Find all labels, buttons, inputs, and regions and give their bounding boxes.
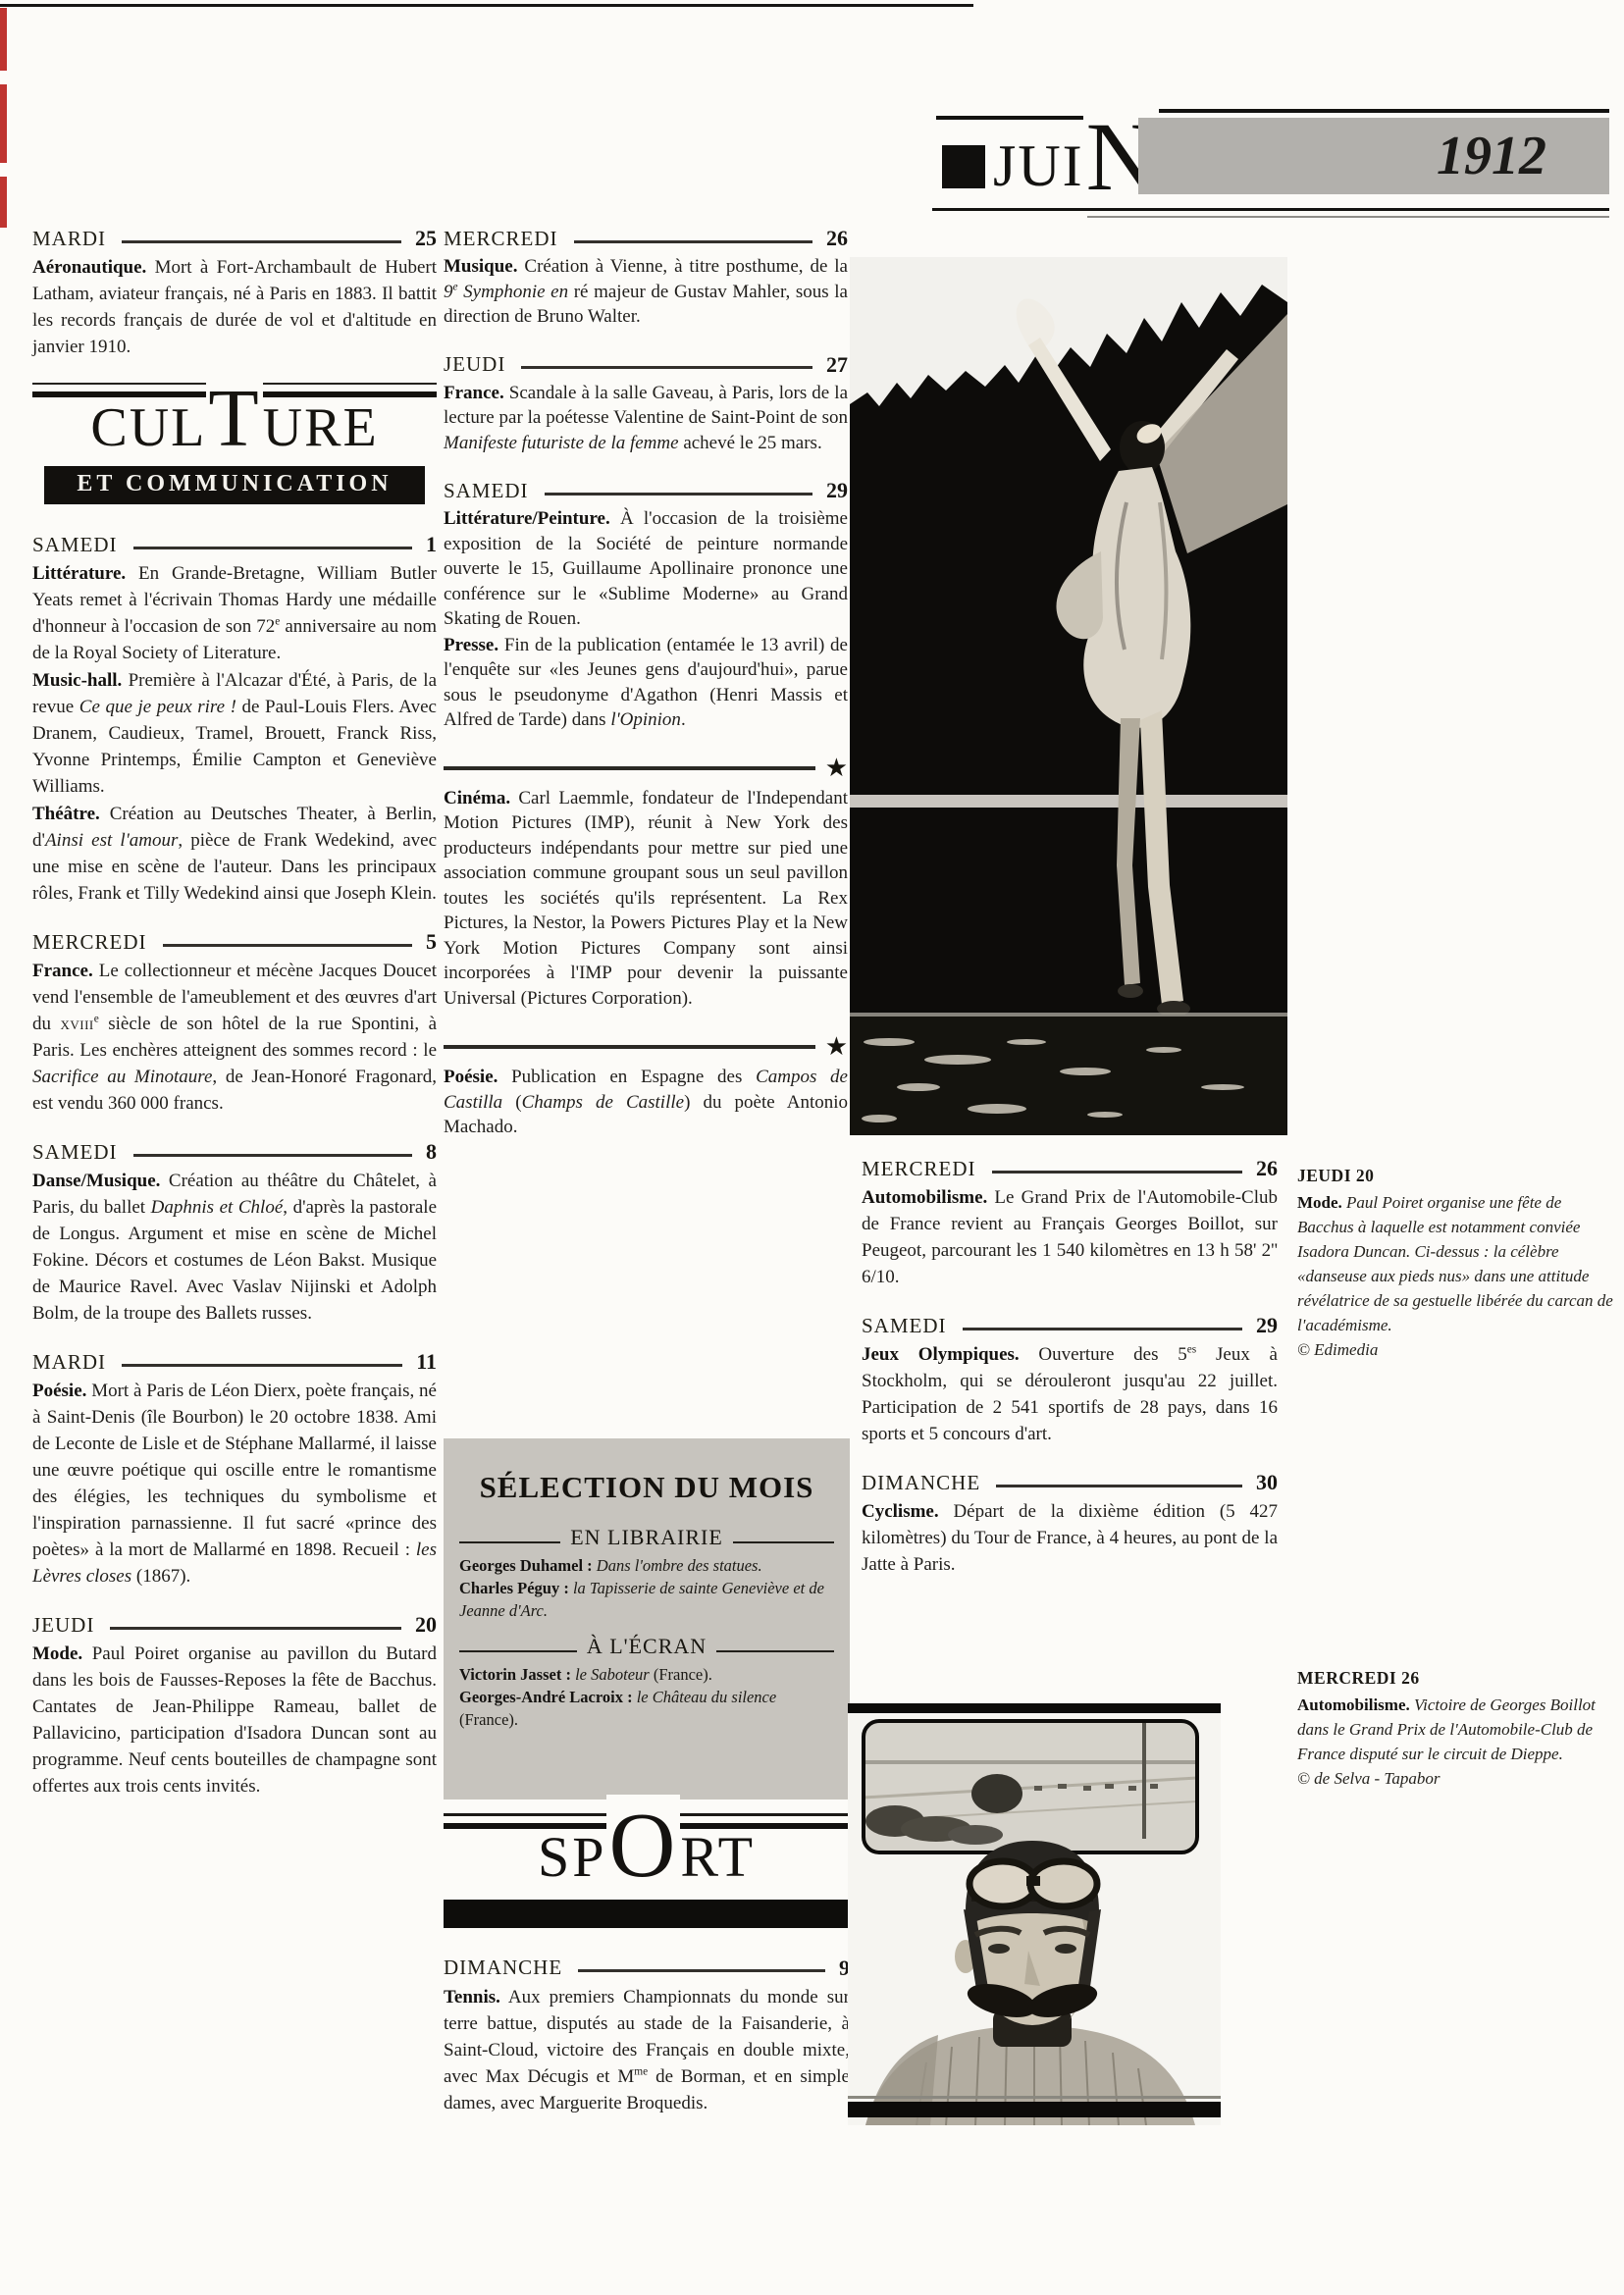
star-rule: ★ — [444, 1034, 848, 1060]
bold-lead: Charles Péguy : — [459, 1579, 569, 1597]
italic-text: 9 — [444, 282, 453, 302]
sport-title-big-letter: O — [606, 1795, 680, 1897]
bold-lead: Music-hall. — [32, 670, 122, 691]
bold-lead: Georges Duhamel : — [459, 1556, 593, 1575]
day-rule — [521, 366, 812, 369]
bold-lead: Georges-André Lacroix : — [459, 1688, 633, 1706]
sport-black-bar — [444, 1900, 850, 1928]
paragraph: France. Le collectionneur et mécène Jacq… — [32, 958, 437, 1117]
day-heading: MERCREDI26 — [444, 226, 848, 251]
day-name: MARDI — [32, 227, 106, 251]
paragraph: Musique. Création à Vienne, à titre post… — [444, 254, 848, 330]
superscript: me — [634, 2066, 648, 2078]
photo-caption-duncan: JEUDI 20Mode. Paul Poiret organise une f… — [1297, 1164, 1613, 1362]
day-rule — [996, 1485, 1242, 1487]
bold-lead: Automobilisme. — [862, 1187, 987, 1208]
bold-lead: Presse. — [444, 635, 498, 655]
day-number: 29 — [1256, 1313, 1278, 1338]
day-heading: SAMEDI29 — [444, 478, 848, 503]
culture-subtitle-bar: ET COMMUNICATION — [44, 466, 424, 504]
header-rule — [1136, 109, 1609, 113]
red-edge-mark — [0, 177, 7, 228]
sport-section: SPORT DIMANCHE9Tennis. Aux premiers Cham… — [444, 1813, 850, 2139]
georges-boillot-photo — [848, 1703, 1221, 2125]
day-name: JEUDI — [444, 352, 505, 377]
day-rule — [545, 493, 812, 496]
selection-heading-label: À L'ÉCRAN — [587, 1634, 707, 1659]
day-entry: MERCREDI5France. Le collectionneur et mé… — [32, 929, 437, 1117]
paragraph: Music-hall. Première à l'Alcazar d'Été, … — [32, 667, 437, 800]
day-rule — [133, 1154, 412, 1157]
day-number: 20 — [415, 1612, 437, 1638]
red-edge-mark — [0, 84, 7, 163]
italic-text: le Saboteur — [571, 1665, 650, 1684]
day-rule — [122, 240, 401, 243]
bold-lead: Mode. — [1297, 1193, 1342, 1212]
bold-lead: Jeux Olympiques. — [862, 1344, 1020, 1365]
italic-text: l'Opinion — [610, 709, 681, 730]
day-rule — [110, 1627, 401, 1630]
bold-lead: Poésie. — [32, 1381, 86, 1401]
selection-du-mois-box: SÉLECTION DU MOIS EN LIBRAIRIEGeorges Du… — [444, 1438, 850, 1799]
day-number: 1 — [426, 532, 437, 557]
day-name: DIMANCHE — [862, 1471, 980, 1495]
caption-day-label: MERCREDI 26 — [1297, 1666, 1613, 1691]
italic-text: Manifeste futuriste de la femme — [444, 433, 679, 453]
day-entry: JEUDI20Mode. Paul Poiret organise au pav… — [32, 1612, 437, 1799]
photo-credit: © Edimedia — [1297, 1337, 1613, 1362]
culture-header: CULTUREET COMMUNICATION — [32, 383, 437, 504]
paragraph: Poésie. Mort à Paris de Léon Dierx, poèt… — [32, 1378, 437, 1590]
bold-lead: Théâtre. — [32, 804, 100, 824]
day-entry: SAMEDI29Littérature/Peinture. À l'occasi… — [444, 478, 848, 733]
star-icon: ★ — [825, 756, 848, 781]
bold-lead: Cinéma. — [444, 788, 510, 808]
day-number: 5 — [426, 929, 437, 955]
day-entry: MERCREDI26Musique. Création à Vienne, à … — [444, 226, 848, 330]
bold-lead: Musique. — [444, 256, 518, 277]
day-name: SAMEDI — [444, 479, 529, 503]
starred-entry: ★Poésie. Publication en Espagne des Camp… — [444, 1034, 848, 1140]
day-rule — [122, 1364, 402, 1367]
day-name: SAMEDI — [32, 533, 118, 557]
day-rule — [963, 1328, 1242, 1330]
small-caps-text: xviii — [60, 1014, 93, 1034]
day-entry: SAMEDI8Danse/Musique. Création au théâtr… — [32, 1139, 437, 1327]
photo-credit: © de Selva - Tapabor — [1297, 1766, 1613, 1791]
day-name: MARDI — [32, 1350, 106, 1375]
day-entry: MARDI11Poésie. Mort à Paris de Léon Dier… — [32, 1349, 437, 1590]
selection-section-heading: À L'ÉCRAN — [459, 1634, 834, 1659]
rule-line — [459, 1533, 560, 1543]
day-name: MERCREDI — [862, 1157, 976, 1181]
month-bullet-square-icon — [942, 145, 985, 188]
day-heading: JEUDI27 — [444, 352, 848, 378]
day-name: SAMEDI — [32, 1140, 118, 1165]
day-heading: SAMEDI1 — [32, 532, 437, 557]
italic-text: Ce que je peux rire ! — [79, 697, 236, 717]
star-rule: ★ — [444, 756, 848, 781]
bold-lead: Littérature. — [32, 563, 126, 584]
day-heading: MARDI11 — [32, 1349, 437, 1375]
italic-text: Symphonie en — [458, 282, 569, 302]
day-rule — [574, 240, 812, 243]
paragraph: Tennis. Aux premiers Championnats du mon… — [444, 1984, 850, 2116]
day-entry: DIMANCHE9Tennis. Aux premiers Championna… — [444, 1956, 850, 2116]
paragraph: Victorin Jasset : le Saboteur (France). — [459, 1663, 834, 1686]
culture-title: CULTURE — [32, 376, 437, 462]
month-title-text: JUI — [993, 133, 1084, 198]
header-rule — [932, 208, 1609, 211]
day-rule — [578, 1969, 825, 1972]
paragraph: Danse/Musique. Création au théâtre du Ch… — [32, 1168, 437, 1327]
italic-text: Paul Poiret organise une fête de Bacchus… — [1297, 1193, 1613, 1334]
month-header: JUIN 1912 — [928, 102, 1615, 232]
day-heading: SAMEDI8 — [32, 1139, 437, 1165]
paragraph: Mode. Paul Poiret organise au pavillon d… — [32, 1641, 437, 1799]
superscript: es — [1187, 1344, 1197, 1356]
day-heading: MERCREDI26 — [862, 1156, 1278, 1181]
paragraph: Mode. Paul Poiret organise une fête de B… — [1297, 1190, 1613, 1337]
italic-text: Ainsi est l'amour — [45, 830, 178, 851]
selection-sections: EN LIBRAIRIEGeorges Duhamel : Dans l'omb… — [459, 1525, 834, 1731]
rule-line — [444, 1045, 815, 1049]
day-entry: MARDI25Aéronautique. Mort à Fort-Archamb… — [32, 226, 437, 360]
day-rule — [163, 944, 412, 947]
year-badge: 1912 — [1138, 118, 1609, 194]
bold-lead: Tennis. — [444, 1987, 500, 2008]
day-number: 27 — [826, 352, 848, 378]
day-name: MERCREDI — [444, 227, 558, 251]
bold-lead: France. — [32, 961, 93, 981]
day-name: JEUDI — [32, 1613, 94, 1638]
paragraph: France. Scandale à la salle Gaveau, à Pa… — [444, 381, 848, 456]
bold-lead: Mode. — [32, 1643, 82, 1664]
column-left: MARDI25Aéronautique. Mort à Fort-Archamb… — [32, 226, 437, 1822]
day-entry: MERCREDI26Automobilisme. Le Grand Prix d… — [862, 1156, 1278, 1290]
day-entry: SAMEDI1Littérature. En Grande-Bretagne, … — [32, 532, 437, 907]
day-name: SAMEDI — [862, 1314, 947, 1338]
day-number: 26 — [826, 226, 848, 251]
superscript: e — [275, 616, 280, 628]
day-rule — [133, 547, 412, 549]
day-entry: SAMEDI29Jeux Olympiques. Ouverture des 5… — [862, 1313, 1278, 1447]
day-entry: JEUDI27France. Scandale à la salle Gavea… — [444, 352, 848, 456]
italic-text: le Château du silence — [633, 1688, 777, 1706]
bold-lead: Cyclisme. — [862, 1501, 939, 1522]
scan-edge-line — [0, 4, 973, 7]
bold-lead: Danse/Musique. — [32, 1171, 160, 1191]
day-name: DIMANCHE — [444, 1956, 562, 1980]
sport-title-text: SP — [538, 1825, 607, 1889]
paragraph: Automobilisme. Le Grand Prix de l'Automo… — [862, 1184, 1278, 1290]
day-heading: JEUDI20 — [32, 1612, 437, 1638]
paragraph: Littérature. En Grande-Bretagne, William… — [32, 560, 437, 666]
italic-text: Daphnis et Chloé — [151, 1197, 284, 1218]
magazine-page: JUIN 1912 MARDI25Aéronautique. Mort à Fo… — [0, 0, 1624, 2295]
day-number: 30 — [1256, 1470, 1278, 1495]
paragraph: Théâtre. Création au Deutsches Theater, … — [32, 801, 437, 907]
day-heading: DIMANCHE9 — [444, 1956, 850, 1981]
photo-caption-boillot: MERCREDI 26Automobilisme. Victoire de Ge… — [1297, 1666, 1613, 1791]
isadora-duncan-photo — [850, 257, 1287, 1135]
day-heading: SAMEDI29 — [862, 1313, 1278, 1338]
header-rule — [1087, 216, 1609, 218]
column-middle: MERCREDI26Musique. Création à Vienne, à … — [444, 226, 848, 1164]
day-number: 25 — [415, 226, 437, 251]
sport-title: SPORT — [444, 1799, 850, 1894]
year-text: 1912 — [1437, 126, 1546, 186]
day-number: 8 — [426, 1139, 437, 1165]
sport-entries: DIMANCHE9Tennis. Aux premiers Championna… — [444, 1956, 850, 2116]
paragraph: Littérature/Peinture. À l'occasion de la… — [444, 506, 848, 632]
day-heading: MARDI25 — [32, 226, 437, 251]
star-icon: ★ — [825, 1034, 848, 1060]
bold-lead: France. — [444, 383, 504, 403]
superscript: e — [94, 1014, 99, 1025]
rule-line — [733, 1533, 834, 1543]
day-name: MERCREDI — [32, 930, 147, 955]
day-heading: DIMANCHE30 — [862, 1470, 1278, 1495]
paragraph: Poésie. Publication en Espagne des Campo… — [444, 1065, 848, 1140]
day-number: 11 — [416, 1349, 437, 1375]
selection-section-heading: EN LIBRAIRIE — [459, 1525, 834, 1550]
day-number: 29 — [826, 478, 848, 503]
paragraph: Aéronautique. Mort à Fort-Archambault de… — [32, 254, 437, 360]
column-right: MERCREDI26Automobilisme. Le Grand Prix d… — [862, 1156, 1278, 1600]
selection-title: SÉLECTION DU MOIS — [459, 1470, 834, 1505]
bold-lead: Poésie. — [444, 1067, 498, 1087]
paragraph: Cinéma. Carl Laemmle, fondateur de l'Ind… — [444, 786, 848, 1012]
rule-line — [459, 1642, 577, 1652]
paragraph: Presse. Fin de la publication (entamée l… — [444, 633, 848, 733]
day-entry: DIMANCHE30Cyclisme. Départ de la dixième… — [862, 1470, 1278, 1578]
red-edge-mark — [0, 8, 7, 71]
paragraph: Georges Duhamel : Dans l'ombre des statu… — [459, 1554, 834, 1577]
italic-text: Champs de Castille — [522, 1092, 684, 1113]
rule-line — [444, 766, 815, 770]
paragraph: Automobilisme. Victoire de Georges Boill… — [1297, 1693, 1613, 1766]
day-rule — [992, 1171, 1242, 1174]
rule-line — [716, 1642, 834, 1652]
paragraph: Charles Péguy : la Tapisserie de sainte … — [459, 1577, 834, 1622]
sport-title-text: RT — [680, 1825, 756, 1889]
bold-lead: Aéronautique. — [32, 257, 146, 278]
day-heading: MERCREDI5 — [32, 929, 437, 955]
paragraph: Jeux Olympiques. Ouverture des 5es Jeux … — [862, 1341, 1278, 1447]
bold-lead: Victorin Jasset : — [459, 1665, 571, 1684]
caption-day-label: JEUDI 20 — [1297, 1164, 1613, 1188]
bold-lead: Littérature/Peinture. — [444, 508, 610, 529]
month-title: JUIN — [993, 102, 1159, 210]
starred-entry: ★Cinéma. Carl Laemmle, fondateur de l'In… — [444, 756, 848, 1012]
italic-text: Dans l'ombre des statues. — [593, 1556, 762, 1575]
paragraph: Georges-André Lacroix : le Château du si… — [459, 1686, 834, 1731]
culture-big-letter: T — [206, 373, 262, 464]
bold-lead: Automobilisme. — [1297, 1695, 1410, 1714]
paragraph: Cyclisme. Départ de la dixième édition (… — [862, 1498, 1278, 1578]
italic-text: Sacrifice au Minotaure — [32, 1067, 212, 1087]
italic-text: les Lèvres closes — [32, 1539, 437, 1587]
selection-heading-label: EN LIBRAIRIE — [570, 1525, 723, 1550]
day-number: 26 — [1256, 1156, 1278, 1181]
